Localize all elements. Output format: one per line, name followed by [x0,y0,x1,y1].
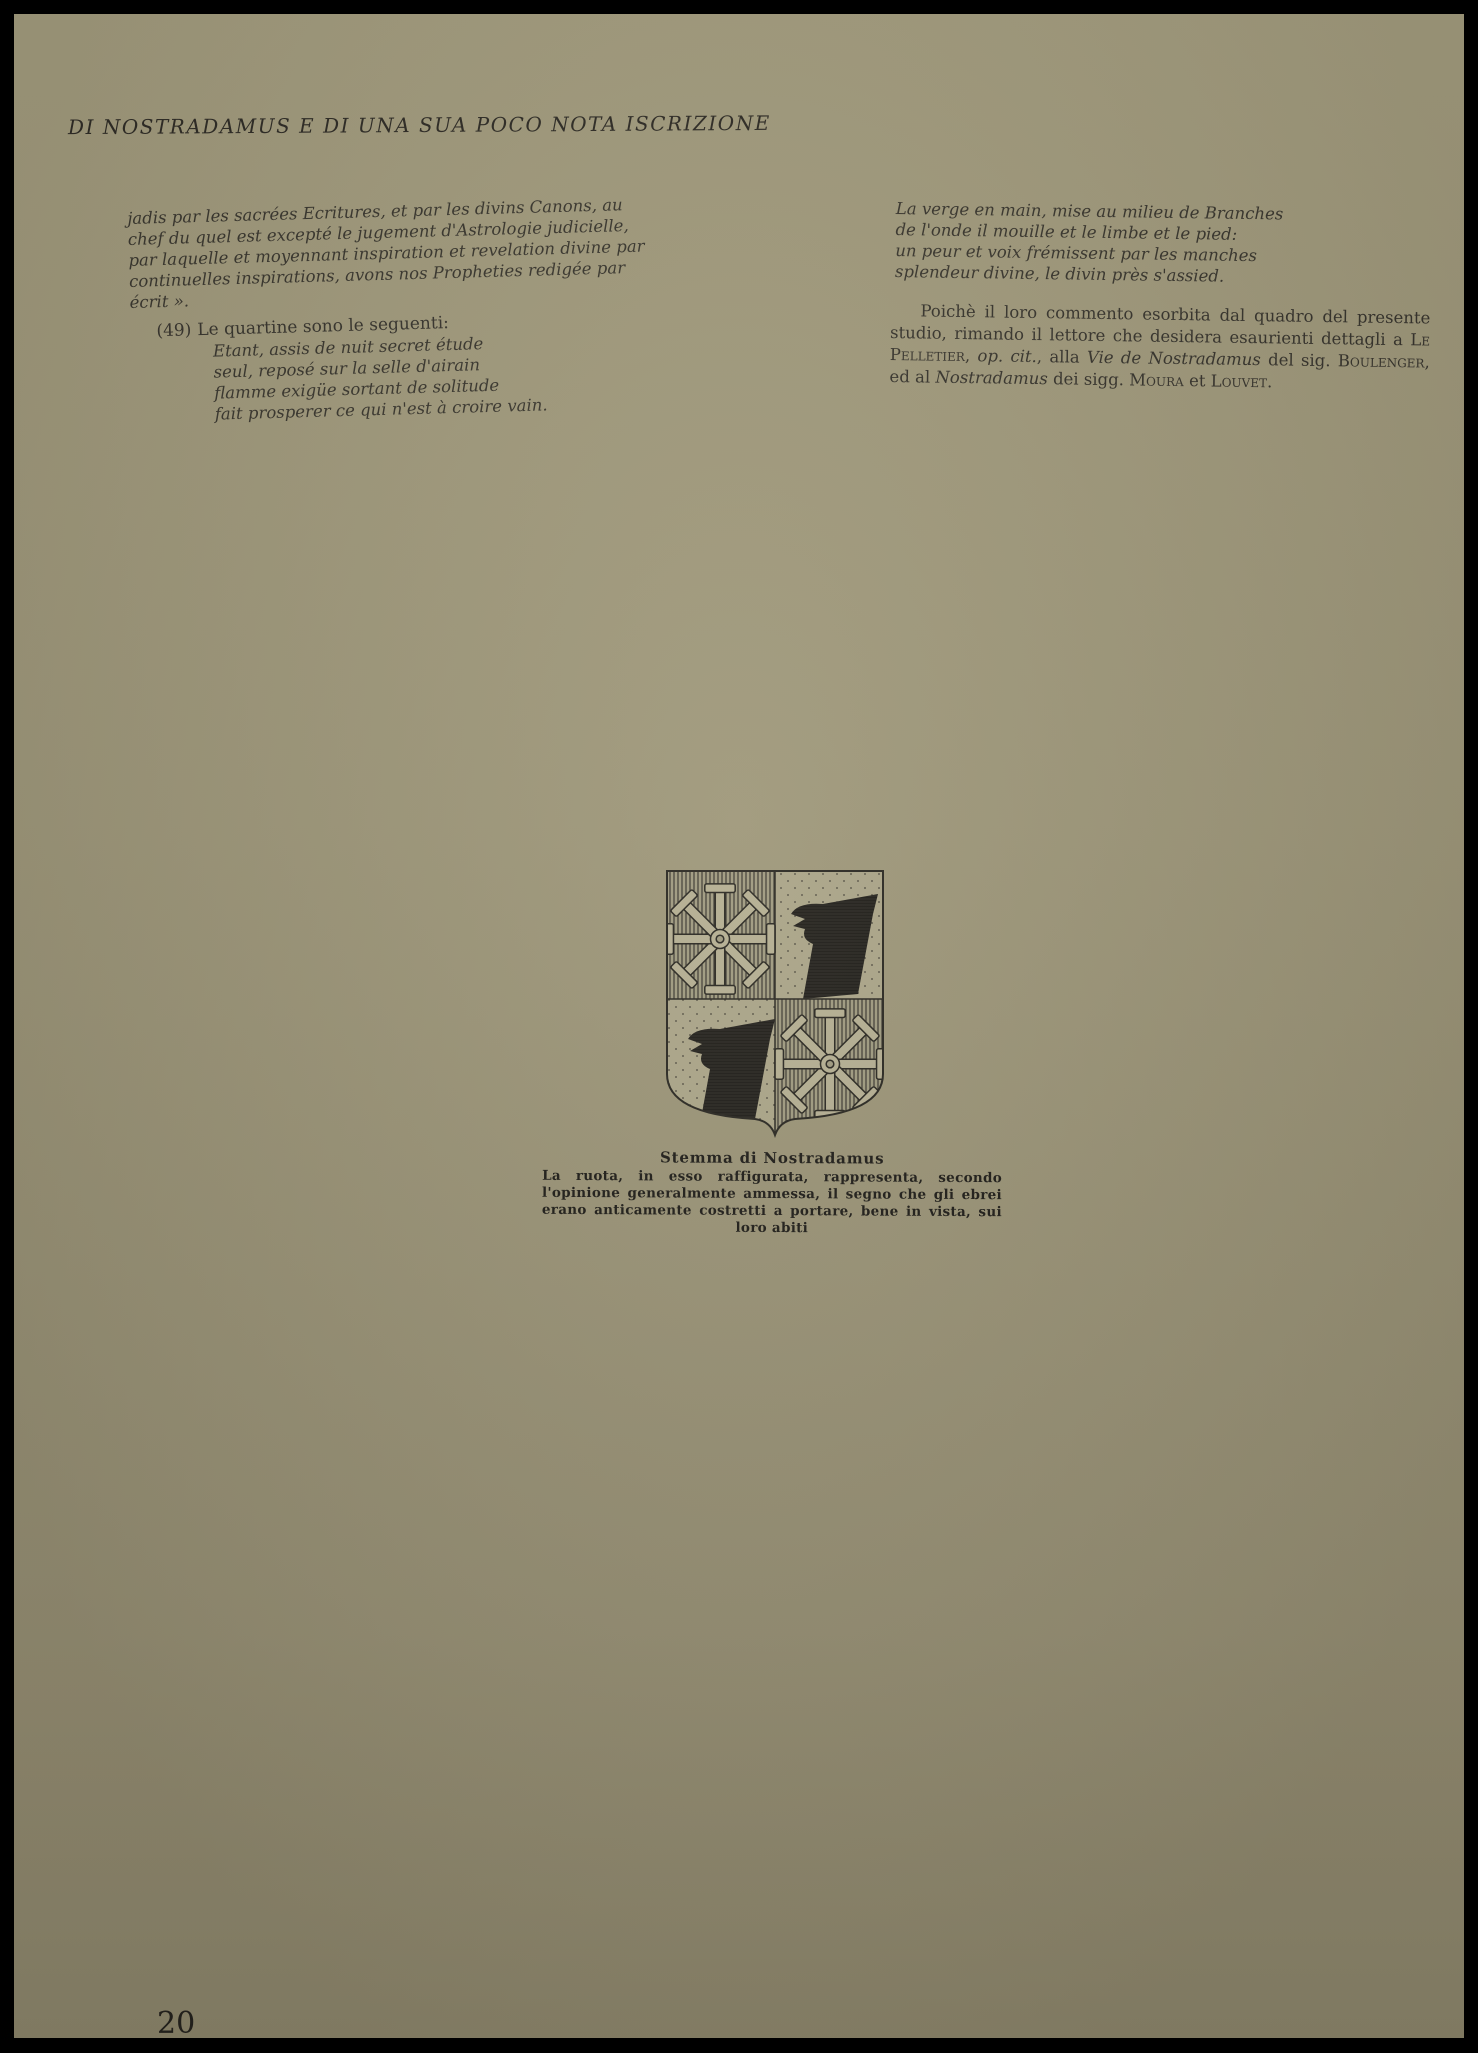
caption-title: Stemma di Nostradamus [542,1148,1002,1168]
author-name: Boulenger [1338,351,1425,371]
author-name: Louvet [1211,371,1268,391]
quatrain-2: La verge en main, mise au milieu de Bran… [895,198,1432,289]
book-title: Nostradamus [935,368,1048,389]
body-paragraph: Poichè il loro commento esorbita dal qua… [889,300,1430,396]
author-name: Moura [1129,370,1184,390]
book-title: Vie de Nostradamus [1087,348,1261,369]
footnote-49: (49)Le quartine sono le seguenti: Etant,… [156,305,758,427]
footnote-number: (49) [156,320,191,341]
page-number: 20 [157,2006,195,2041]
figure-caption: Stemma di Nostradamus La ruota, in esso … [542,1148,1002,1238]
coat-of-arms-icon [665,869,885,1139]
right-column: La verge en main, mise au milieu de Bran… [889,198,1432,396]
caption-body: La ruota, in esso raffigurata, rappresen… [542,1168,1002,1238]
left-column: jadis par les sacrées Ecritures, et par … [127,191,758,427]
quatrain: Etant, assis de nuit secret étude seul, … [213,325,758,424]
book-page: DI NOSTRADAMUS E DI UNA SUA POCO NOTA IS… [14,14,1464,2038]
running-head: DI NOSTRADAMUS E DI UNA SUA POCO NOTA IS… [68,111,771,139]
french-quotation: jadis par les sacrées Ecritures, et par … [127,191,755,313]
